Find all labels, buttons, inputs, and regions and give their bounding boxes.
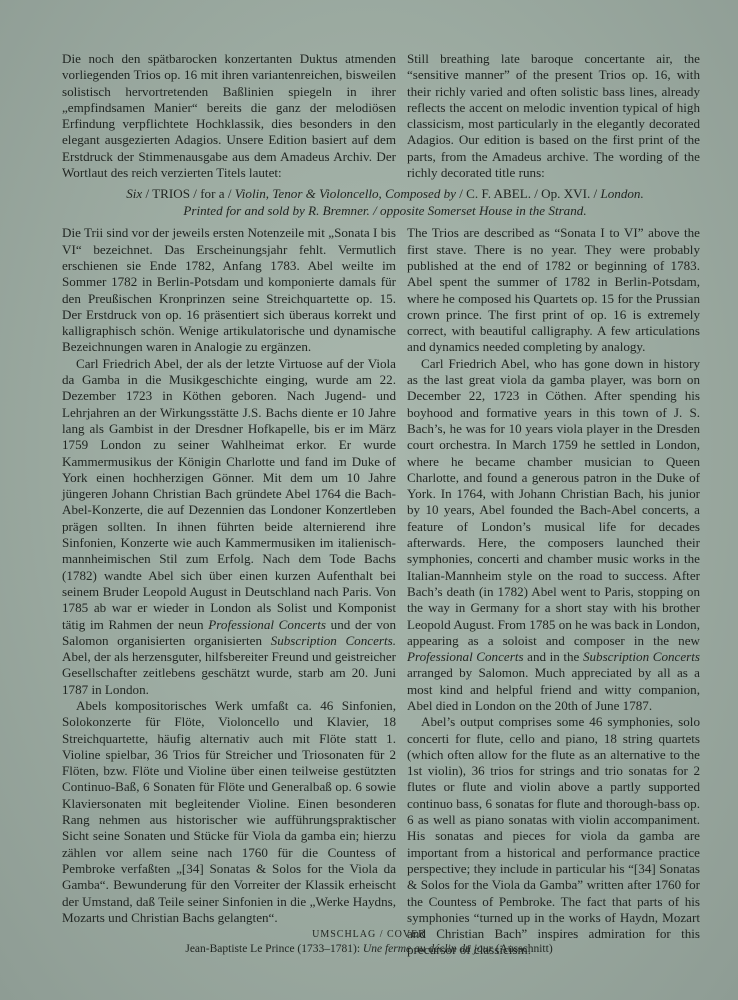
english-paragraph-1: The Trios are described as “Sonata I to … [407, 225, 700, 355]
german-paragraph-2: Carl Friedrich Abel, der als der letzte … [62, 356, 396, 698]
cover-label: UMSCHLAG / COVER [0, 928, 738, 942]
title-seg-publisher: Printed for and sold by R. Bremner. / op… [183, 203, 586, 218]
title-seg-composer: / C. F. ABEL. / Op. XVI. / [456, 186, 600, 201]
italic-professional-concerts: Professional Concerts [407, 649, 524, 664]
original-title-quote: Six / TRIOS / for a / Violin, Tenor & Vi… [62, 185, 700, 219]
intro-row: Die noch den spätbarocken konzertanten D… [62, 51, 700, 181]
intro-english-paragraph: Still breathing late baroque concertante… [407, 51, 700, 181]
intro-english-column: Still breathing late baroque concertante… [407, 51, 700, 181]
intro-german-column: Die noch den spätbarocken konzertanten D… [62, 51, 396, 181]
title-line-1: Six / TRIOS / for a / Violin, Tenor & Vi… [70, 185, 700, 202]
title-seg-six: Six [126, 186, 142, 201]
german-paragraph-1: Die Trii sind vor der jeweils ersten Not… [62, 225, 396, 355]
italic-professional-concerts: Professional Concerts [208, 617, 326, 632]
text-run: arranged by Salomon. Much appreciated by… [407, 665, 700, 713]
booklet-page: Die noch den spätbarocken konzertanten D… [62, 51, 700, 959]
title-seg-london: London. [600, 186, 643, 201]
title-line-2: Printed for and sold by R. Bremner. / op… [70, 202, 700, 219]
text-run: Carl Friedrich Abel, der als der letzte … [62, 356, 396, 632]
body-row: Die Trii sind vor der jeweils ersten Not… [62, 225, 700, 958]
text-run: and in the [524, 649, 583, 664]
english-paragraph-2: Carl Friedrich Abel, who has gone down i… [407, 356, 700, 715]
german-paragraph-3: Abels kompositorisches Werk umfaßt ca. 4… [62, 698, 396, 926]
english-paragraph-3: Abel’s output comprises some 46 symphoni… [407, 714, 700, 958]
cover-credit: Jean-Baptiste Le Prince (1733–1781): Une… [0, 942, 738, 957]
credit-note: (Ausschnitt) [493, 943, 553, 955]
text-run: Abel, der als herzensguter, hilfsbereite… [62, 649, 396, 697]
title-seg-instruments: Violin, Tenor & Violoncello, Composed by [235, 186, 456, 201]
cover-caption: UMSCHLAG / COVER Jean-Baptiste Le Prince… [0, 928, 738, 957]
credit-artist: Jean-Baptiste Le Prince (1733–1781): [185, 943, 363, 955]
credit-artwork-title: Une ferme au déclin du jour [363, 943, 493, 955]
italic-subscription-concerts: Subscription Concerts. [271, 633, 396, 648]
italic-subscription-concerts: Subscription Concerts [583, 649, 700, 664]
title-seg-trios: / TRIOS / for a / [142, 186, 235, 201]
german-column: Die Trii sind vor der jeweils ersten Not… [62, 225, 396, 958]
intro-german-paragraph: Die noch den spätbarocken konzertanten D… [62, 51, 396, 181]
english-column: The Trios are described as “Sonata I to … [407, 225, 700, 958]
text-run: Carl Friedrich Abel, who has gone down i… [407, 356, 700, 648]
